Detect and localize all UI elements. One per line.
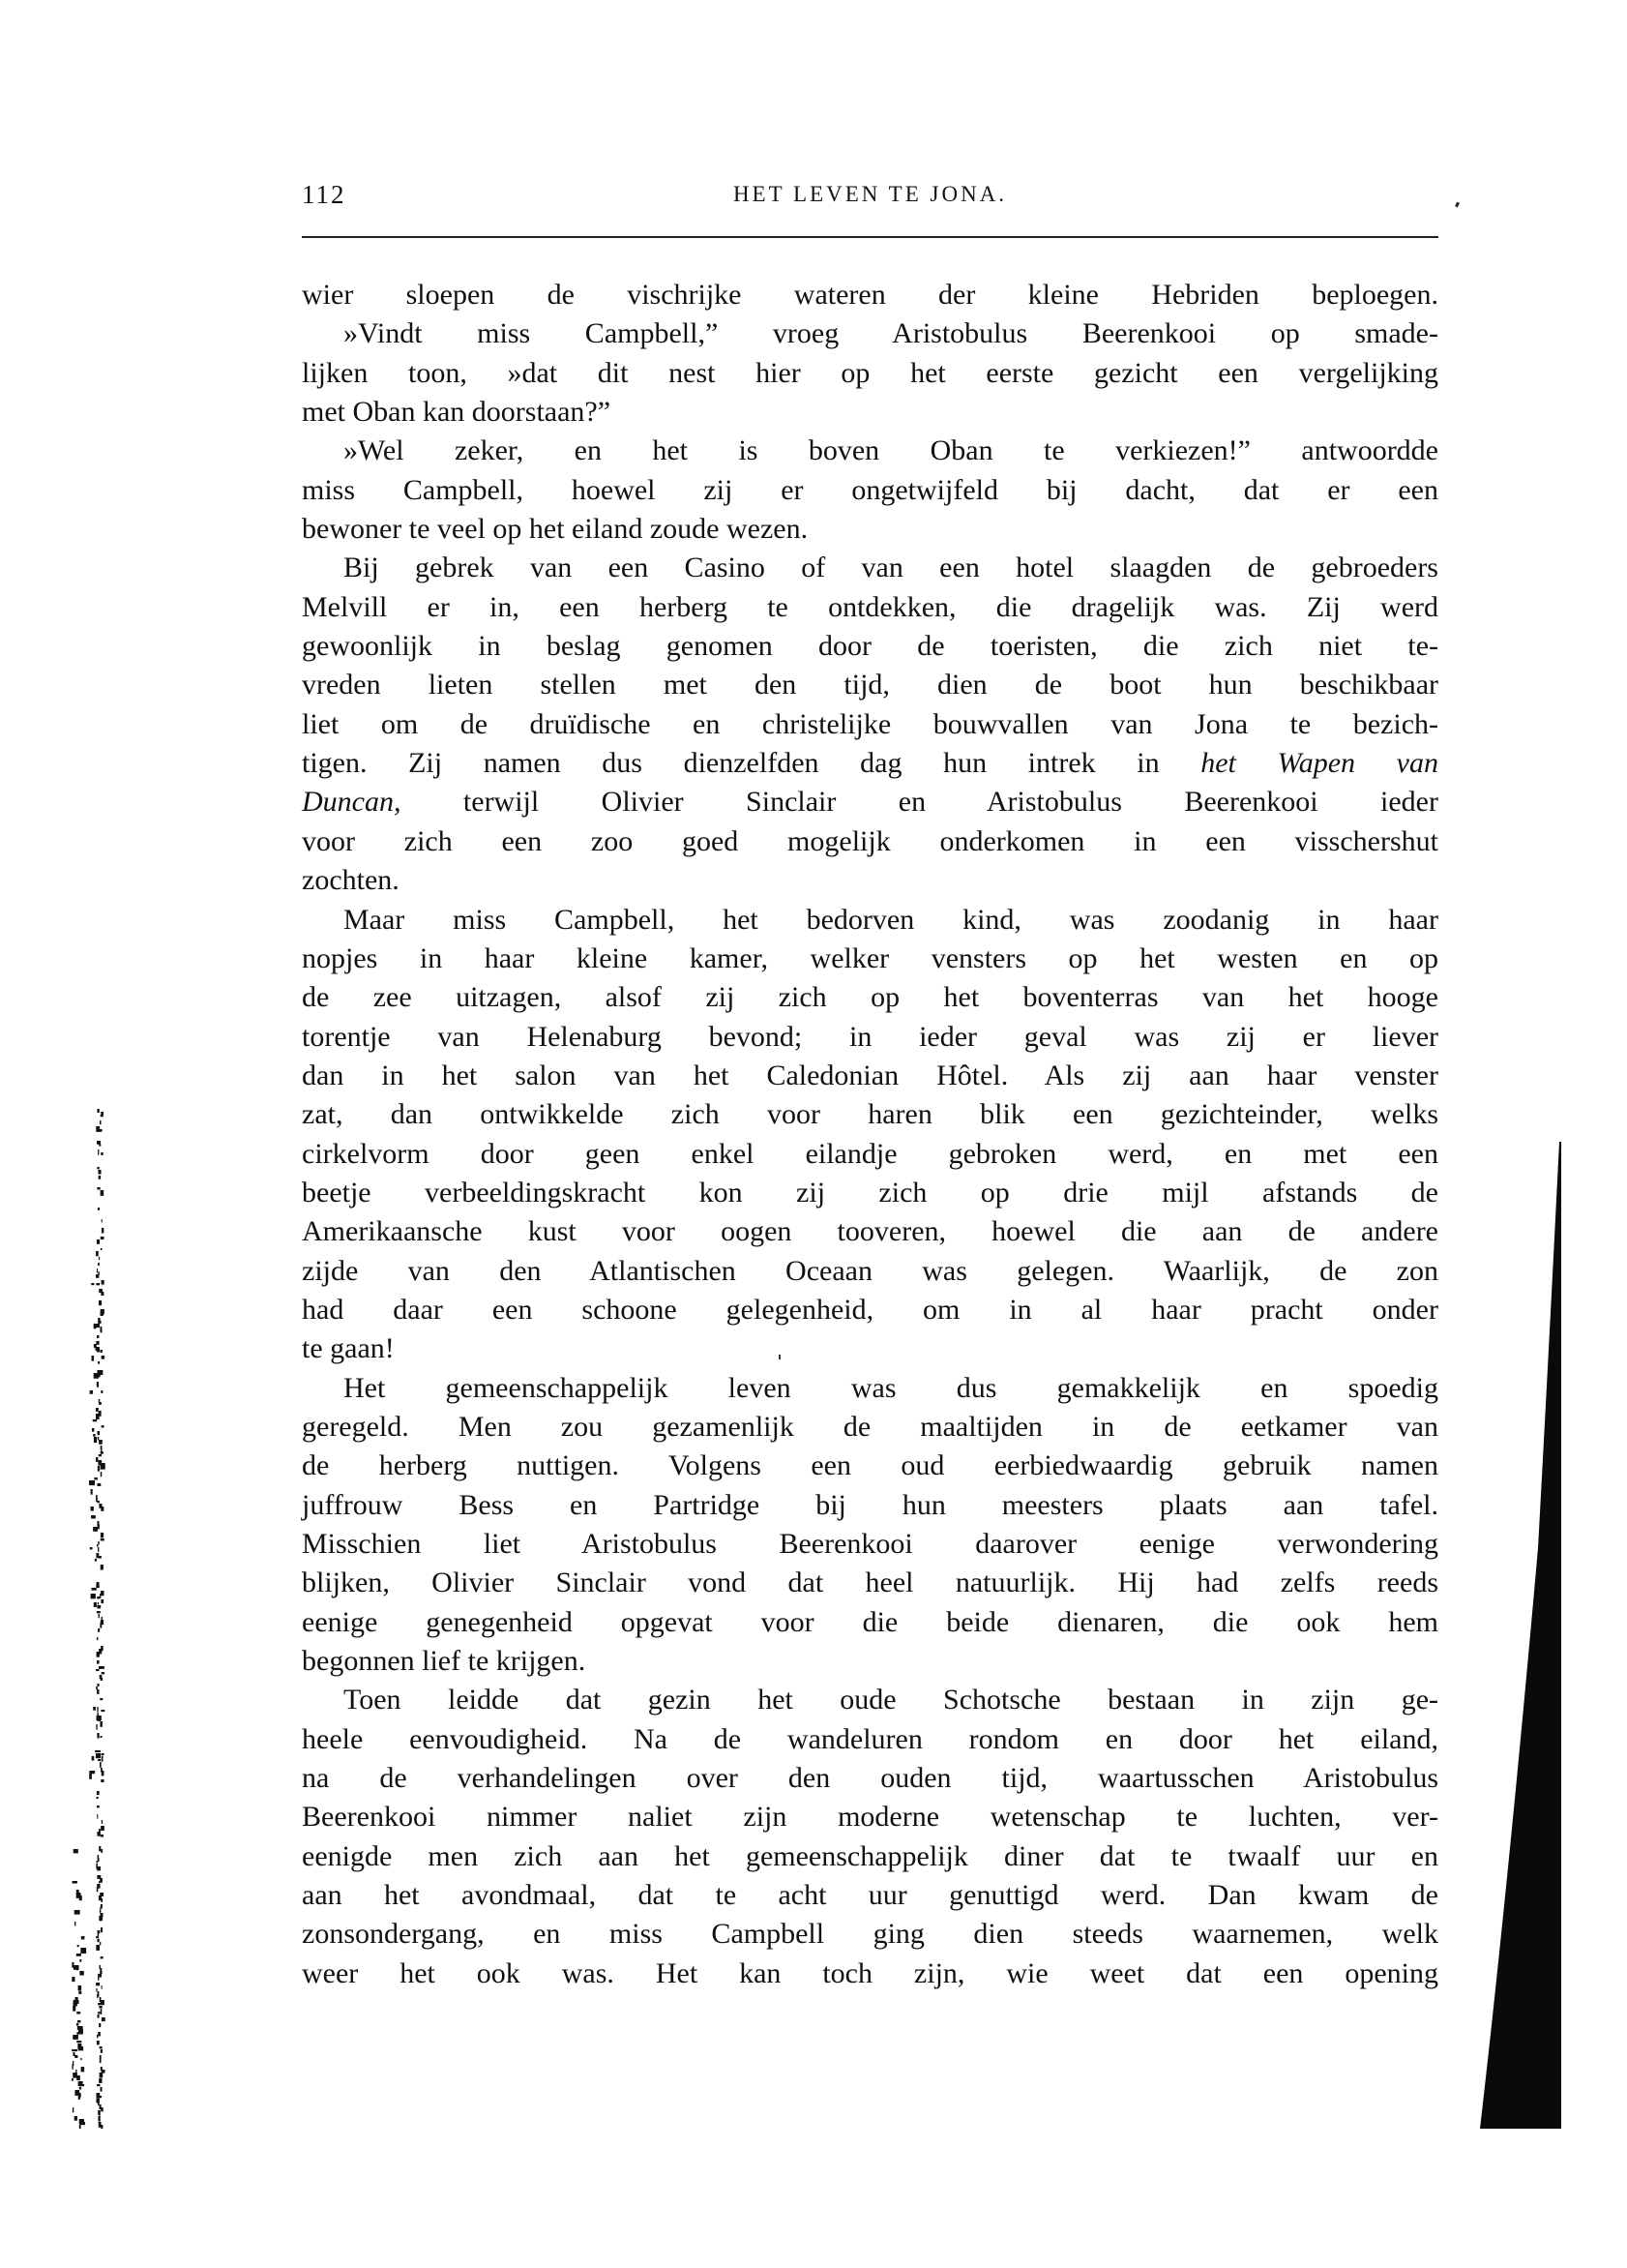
line-text: lijken toon, »dat dit nest hier op het e… <box>302 357 1438 389</box>
text-line: zonsondergang, en miss Campbell ging die… <box>302 1915 1438 1954</box>
line-text: weer het ook was. Het kan toch zijn, wie… <box>302 1957 1438 1989</box>
text-line: begonnen lief te krijgen. <box>302 1642 1438 1681</box>
line-text: geregeld. Men zou gezamenlijk de maaltij… <box>302 1411 1438 1443</box>
italic-text: het Wapen van <box>1200 747 1438 779</box>
line-text: zat, dan ontwikkelde zich voor haren bli… <box>302 1098 1438 1130</box>
running-title: HET LEVEN TE JONA. <box>302 182 1438 207</box>
line-text: Het gemeenschappelijk leven was dus gema… <box>343 1372 1438 1404</box>
line-text: zijde van den Atlantischen Oceaan was ge… <box>302 1255 1438 1287</box>
line-text: miss Campbell, hoewel zij er ongetwijfel… <box>302 474 1438 506</box>
line-text: voor zich een zoo goed mogelijk onderkom… <box>302 825 1438 857</box>
text-line: »Vindt miss Campbell,” vroeg Aristobulus… <box>302 314 1438 353</box>
text-line: na de verhandelingen over den ouden tijd… <box>302 1759 1438 1798</box>
line-text: met Oban kan doorstaan?” <box>302 396 610 428</box>
text-line: bewoner te veel op het eiland zoude weze… <box>302 510 1438 549</box>
line-text: Amerikaansche kust voor oogen tooveren, … <box>302 1215 1438 1247</box>
line-text: »Wel zeker, en het is boven Oban te verk… <box>343 434 1438 466</box>
text-line: lijken toon, »dat dit nest hier op het e… <box>302 354 1438 393</box>
line-text: cirkelvorm door geen enkel eilandje gebr… <box>302 1138 1438 1170</box>
line-text: terwijl Olivier Sinclair en Aristobulus … <box>400 786 1438 818</box>
line-text: na de verhandelingen over den ouden tijd… <box>302 1762 1438 1794</box>
line-text: beetje verbeeldingskracht kon zij zich o… <box>302 1177 1438 1209</box>
text-line: eenigde men zich aan het gemeenschappeli… <box>302 1837 1438 1876</box>
line-text: tigen. Zij namen dus dienzelfden dag hun… <box>302 747 1200 779</box>
line-text: Melvill er in, een herberg te ontdekken,… <box>302 591 1438 623</box>
line-text: eenige genegenheid opgevat voor die beid… <box>302 1606 1438 1638</box>
line-text: zonsondergang, en miss Campbell ging die… <box>302 1918 1438 1950</box>
text-line: vreden lieten stellen met den tijd, dien… <box>302 666 1438 704</box>
scanned-book-page: 112 HET LEVEN TE JONA. wier sloepen de v… <box>0 0 1627 2268</box>
text-line: eenige genegenheid opgevat voor die beid… <box>302 1603 1438 1642</box>
text-line: blijken, Olivier Sinclair vond dat heel … <box>302 1564 1438 1602</box>
line-text: zochten. <box>302 864 399 896</box>
text-line: zijde van den Atlantischen Oceaan was ge… <box>302 1252 1438 1291</box>
line-text: heele eenvoudigheid. Na de wandeluren ro… <box>302 1723 1438 1755</box>
header-rule <box>302 236 1438 238</box>
text-line: dan in het salon van het Caledonian Hôte… <box>302 1057 1438 1095</box>
line-text: bewoner te veel op het eiland zoude weze… <box>302 513 808 545</box>
text-line: aan het avondmaal, dat te acht uur genut… <box>302 1876 1438 1915</box>
text-line: Het gemeenschappelijk leven was dus gema… <box>302 1369 1438 1408</box>
text-line: zat, dan ontwikkelde zich voor haren bli… <box>302 1095 1438 1134</box>
line-text: Maar miss Campbell, het bedorven kind, w… <box>343 904 1438 936</box>
text-line: wier sloepen de vischrijke wateren der k… <box>302 276 1438 314</box>
text-line: geregeld. Men zou gezamenlijk de maaltij… <box>302 1408 1438 1447</box>
line-text: »Vindt miss Campbell,” vroeg Aristobulus… <box>343 317 1438 349</box>
text-line: Melvill er in, een herberg te ontdekken,… <box>302 588 1438 627</box>
line-text: Beerenkooi nimmer naliet zijn moderne we… <box>302 1801 1438 1833</box>
text-line: torentje van Helenaburg bevond; in ieder… <box>302 1018 1438 1057</box>
text-line: de zee uitzagen, alsof zij zich op het b… <box>302 978 1438 1017</box>
body-text: wier sloepen de vischrijke wateren der k… <box>302 276 1438 1993</box>
text-line: Maar miss Campbell, het bedorven kind, w… <box>302 901 1438 940</box>
line-text: torentje van Helenaburg bevond; in ieder… <box>302 1021 1438 1053</box>
running-head: 112 HET LEVEN TE JONA. <box>302 180 1438 211</box>
text-line: »Wel zeker, en het is boven Oban te verk… <box>302 432 1438 470</box>
text-line: met Oban kan doorstaan?” <box>302 393 1438 432</box>
text-line: nopjes in haar kleine kamer, welker vens… <box>302 940 1438 978</box>
line-text: Toen leidde dat gezin het oude Schotsche… <box>343 1684 1438 1716</box>
line-text: wier sloepen de vischrijke wateren der k… <box>302 279 1438 311</box>
text-line: tigen. Zij namen dus dienzelfden dag hun… <box>302 744 1438 783</box>
text-line: de herberg nuttigen. Volgens een oud eer… <box>302 1447 1438 1485</box>
line-text: Misschien liet Aristobulus Beerenkooi da… <box>302 1528 1438 1560</box>
line-text: begonnen lief te krijgen. <box>302 1645 585 1677</box>
text-line: gewoonlijk in beslag genomen door de toe… <box>302 627 1438 666</box>
line-text: Bij gebrek van een Casino of van een hot… <box>343 552 1438 583</box>
text-line: juffrouw Bess en Partridge bij hun meest… <box>302 1486 1438 1525</box>
line-text: te gaan! <box>302 1332 395 1364</box>
scan-edge-noise-left <box>70 1103 113 2129</box>
text-line: Beerenkooi nimmer naliet zijn moderne we… <box>302 1798 1438 1836</box>
line-text: eenigde men zich aan het gemeenschappeli… <box>302 1840 1438 1872</box>
line-text: nopjes in haar kleine kamer, welker vens… <box>302 942 1438 974</box>
text-line: miss Campbell, hoewel zij er ongetwijfel… <box>302 471 1438 510</box>
text-line: Toen leidde dat gezin het oude Schotsche… <box>302 1681 1438 1719</box>
text-line: zochten. <box>302 861 1438 900</box>
line-text: dan in het salon van het Caledonian Hôte… <box>302 1059 1438 1091</box>
scan-edge-shadow-right <box>1470 1142 1567 2129</box>
text-line: Misschien liet Aristobulus Beerenkooi da… <box>302 1525 1438 1564</box>
line-text: had daar een schoone gelegenheid, om in … <box>302 1294 1438 1326</box>
text-line: weer het ook was. Het kan toch zijn, wie… <box>302 1955 1438 1993</box>
text-line: cirkelvorm door geen enkel eilandje gebr… <box>302 1135 1438 1174</box>
line-text: de herberg nuttigen. Volgens een oud eer… <box>302 1449 1438 1481</box>
line-text: blijken, Olivier Sinclair vond dat heel … <box>302 1567 1438 1598</box>
text-line: had daar een schoone gelegenheid, om in … <box>302 1291 1438 1329</box>
text-line: voor zich een zoo goed mogelijk onderkom… <box>302 822 1438 861</box>
line-text: gewoonlijk in beslag genomen door de toe… <box>302 630 1438 662</box>
text-line: Amerikaansche kust voor oogen tooveren, … <box>302 1212 1438 1251</box>
text-line: te gaan! <box>302 1329 1438 1368</box>
text-line: beetje verbeeldingskracht kon zij zich o… <box>302 1174 1438 1212</box>
scan-speck <box>1455 202 1460 208</box>
line-text: juffrouw Bess en Partridge bij hun meest… <box>302 1489 1438 1521</box>
text-line: Bij gebrek van een Casino of van een hot… <box>302 549 1438 587</box>
line-text: de zee uitzagen, alsof zij zich op het b… <box>302 981 1438 1013</box>
italic-text: Duncan, <box>302 786 400 818</box>
scan-speck <box>779 1355 781 1359</box>
line-text: liet om de druïdische en christelijke bo… <box>302 708 1438 740</box>
text-line: liet om de druïdische en christelijke bo… <box>302 705 1438 744</box>
text-line: heele eenvoudigheid. Na de wandeluren ro… <box>302 1720 1438 1759</box>
line-text: vreden lieten stellen met den tijd, dien… <box>302 669 1438 701</box>
text-line: Duncan, terwijl Olivier Sinclair en Aris… <box>302 783 1438 821</box>
line-text: aan het avondmaal, dat te acht uur genut… <box>302 1879 1438 1911</box>
